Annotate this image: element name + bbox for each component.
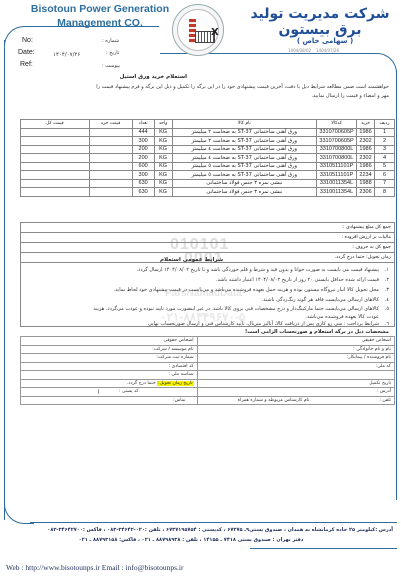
total-price-cell[interactable] [21,162,90,171]
total-in-words-field[interactable]: جمع کل به حروف : [21,243,395,253]
company-logo: X [172,4,224,56]
requirements-title: مشخصات ذیل در برگه استعلام و صورتحساب ال… [245,329,389,335]
unit-price-cell[interactable] [89,137,132,146]
company-name-fa: شرکت مدیریت تولید برق بیستون [245,6,395,38]
table-row: 8 2306 3310011354L نبشی نمره ۳ جنس فولاد… [21,188,395,197]
no-label-fa: شماره : [102,38,119,44]
footer-tehran-office: دفتر تهران : صندوق پستی ۷۴۱۸ ـ ۱۴۱۵۵ ، ت… [41,537,341,543]
term-item: ٤.کالاهای ارسالی می‌بایست فاقد هر گونه ز… [19,296,389,304]
total-price-cell[interactable] [21,145,90,154]
date-value: ۱۴۰۴/۰۷/۲۶ [53,52,80,58]
stamp-date: 1404/08/02 [284,48,315,53]
term-item: ۱.پیشنهاد قیمت می بایست به صورت خوانا و … [19,266,389,274]
unit-price-cell[interactable] [89,162,132,171]
total-price-cell[interactable] [21,137,90,146]
total-price-cell[interactable] [21,154,90,163]
col-header: قیمت جزء [89,120,132,129]
term-item: ٦.شرایط پرداخت : سی رو کاری پس از دریافت… [19,320,389,328]
mobile-field[interactable]: تماس: [21,396,198,405]
economic-code-field[interactable]: کد اقتصادی : [21,362,198,371]
table-row: 7 1988 3310011354L نبشی نمره ۳ جنس فولاد… [21,179,395,188]
inquiry-intro: خواهشمند است ضمن مطالعه شرایط ذیل با دقت… [9,83,389,101]
col-header: واحد [154,120,172,129]
table-row: 5 1986 3310511101P ورق آهنی ساختمانی ST-… [21,162,395,171]
footer-web-email: Web : http://www.bisotounps.ir Email : i… [6,563,183,572]
company-name-field[interactable]: نام موسسه / شرکت: [21,345,198,354]
total-price-cell[interactable] [21,179,90,188]
table-row: 4 2302 3310700800L ورق آهنی ساختمانی ST-… [21,154,395,163]
national-code-field[interactable]: کد ملی: [197,362,394,371]
col-header: ردیف [375,120,395,129]
frame-border [250,548,397,549]
inquiry-title: استعلام خرید ورق استیل [120,74,187,80]
total-price-cell[interactable] [21,171,90,180]
table-row: 1 1986 3310700605P ورق آهنی ساختمانی ST-… [21,128,395,137]
frame-border [250,53,397,73]
col-header: نام کالا [172,120,316,129]
registration-number-field[interactable]: شماره ثبت شرکت: [21,354,198,363]
table-row: 2 2302 3310700605P ورق آهنی ساختمانی ST-… [21,137,395,146]
term-item: ۳.محل تحویل کالا انبار نیروگاه بیستون بو… [19,286,389,294]
col-header: خرید [357,120,375,129]
items-table: ردیف خرید کدکالا نام کالا واحد تعداد قیم… [20,119,395,197]
unit-price-cell[interactable] [89,188,132,197]
table-row: آدرس : کد پستی : [21,388,395,397]
address-field[interactable]: آدرس : [197,388,394,397]
requirements-table: اشخاص حقیقی اشخاص حقوقی نام و نام خانواد… [20,336,395,405]
table-header-row: ردیف خرید کدکالا نام کالا واحد تعداد قیم… [21,120,395,129]
total-price-cell[interactable] [21,128,90,137]
national-id-field[interactable]: شناسه ملی : [21,371,198,380]
col-header: کدکالا [317,120,357,129]
date-label: Date: [18,49,35,56]
table-row: تلفن :نام کارشناس مربوطه و شماره همراه ت… [21,396,395,405]
table-row: کد ملی: کد اقتصادی : [21,362,395,371]
postal-code-field[interactable]: کد پستی : [21,388,198,397]
completion-date-field[interactable]: تاریخ تکمیل [197,379,394,388]
delivery-date-highlight[interactable]: تاریخ زمان تحویل: [157,381,193,386]
col-header: قیمت کل [21,120,90,129]
unit-price-cell[interactable] [89,154,132,163]
terms-title: شرایط عمومی استعلام [160,257,223,263]
unit-price-cell[interactable] [89,128,132,137]
date-label-fa: تاریخ : [106,50,119,56]
unit-price-cell[interactable] [89,179,132,188]
table-row: نام و نام خانوادگی : نام موسسه / شرکت: [21,345,395,354]
col-header: تعداد [132,120,154,129]
frame-border [4,40,5,520]
ref-label: Ref: [20,61,33,68]
vat-field[interactable]: مالیات بر ارزش افزوده : [21,233,395,243]
phone-field[interactable]: تلفن :نام کارشناس مربوطه و شماره همراه [197,396,394,405]
full-name-field[interactable]: نام و نام خانوادگی : [197,345,394,354]
table-row: شناسه ملی : [21,371,395,380]
table-row: تاریخ تکمیل تاریخ زمان تحویل: حتما درج گ… [21,379,395,388]
company-type: ( سهامی خاص ) [280,37,370,45]
table-row: 3 1986 3310700800L ورق آهنی ساختمانی ST-… [21,145,395,154]
vendor-name-field[interactable]: نام فروشنده / پیمانکار: [197,354,394,363]
frame-border [30,522,397,523]
company-name-en: Bisotoun Power Generation Management CO. [10,3,190,30]
term-item: ٥.کالاهای ارسالی می‌بایست حتما مارکینگ‌د… [19,305,389,313]
unit-price-cell[interactable] [89,145,132,154]
frame-border [396,70,397,500]
ref-label-fa: پیوست : [102,63,120,69]
footer-address: آدرس :کیلومتر ۲۵ جاده کرمانشاه به همدان … [3,527,393,533]
frame-border [4,500,34,524]
total-offer-field[interactable]: جمع کل مبلغ پیشنهادی : [21,223,395,233]
total-price-cell[interactable] [21,188,90,197]
unit-price-cell[interactable] [89,171,132,180]
stamp-date: 1404/07/26 [312,48,343,53]
no-label: No: [22,37,33,44]
table-row: نام فروشنده / پیمانکار: شماره ثبت شرکت: [21,354,395,363]
table-row: اشخاص حقیقی اشخاص حقوقی [21,337,395,346]
table-row: 6 2234 3310511101P ورق آهنی ساختمانی ST-… [21,171,395,180]
term-item: ۲.قیمت ارائه شده حداقل بایستی ۲۰ روز از … [19,276,389,284]
